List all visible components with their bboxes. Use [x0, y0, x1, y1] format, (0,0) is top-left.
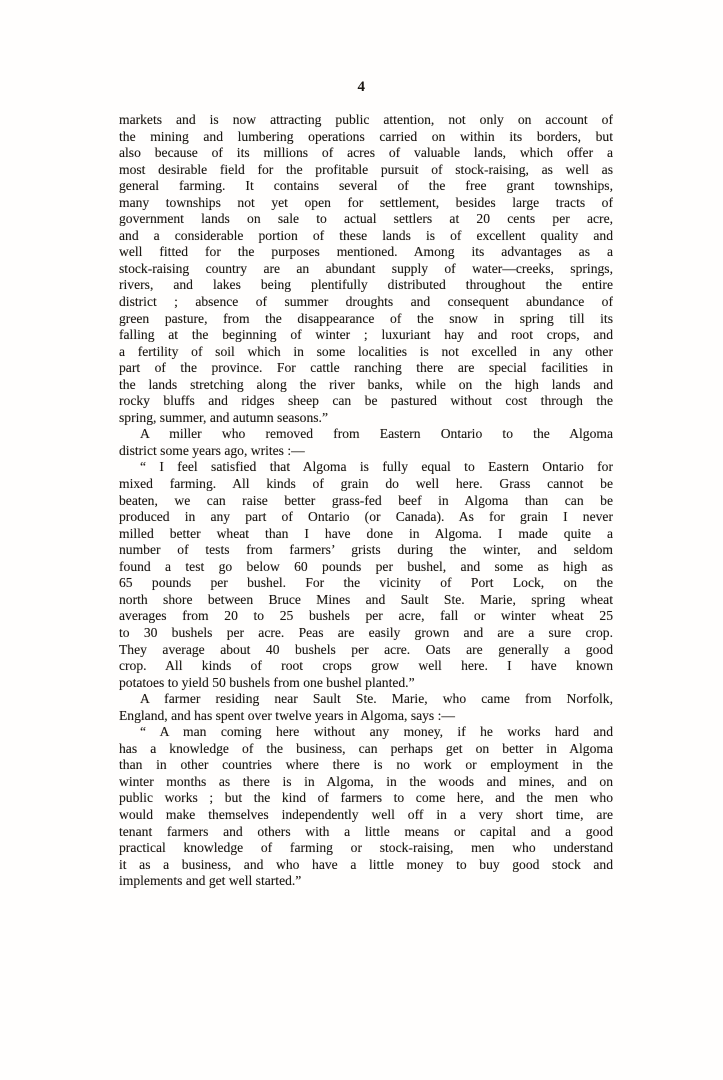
- text-line: A miller who removed from Eastern Ontari…: [119, 426, 613, 443]
- text-line: beaten, we can raise better grass-fed be…: [119, 493, 613, 510]
- text-line: rocky bluffs and ridges sheep can be pas…: [119, 393, 613, 410]
- text-line: north shore between Bruce Mines and Saul…: [119, 592, 613, 609]
- text-line: falling at the beginning of winter ; lux…: [119, 327, 613, 344]
- text-line: crop. All kinds of root crops grow well …: [119, 658, 613, 675]
- text-line: also because of its millions of acres of…: [119, 145, 613, 162]
- text-line: “ I feel satisfied that Algoma is fully …: [119, 459, 613, 476]
- text-block: markets and is now attracting public att…: [119, 112, 613, 890]
- text-line: the lands stretching along the river ban…: [119, 377, 613, 394]
- text-line: potatoes to yield 50 bushels from one bu…: [119, 675, 613, 692]
- text-line: A farmer residing near Sault Ste. Marie,…: [119, 691, 613, 708]
- paragraph: markets and is now attracting public att…: [119, 112, 613, 426]
- text-line: green pasture, from the disappearance of…: [119, 311, 613, 328]
- text-line: most desirable field for the profitable …: [119, 162, 613, 179]
- text-line: markets and is now attracting public att…: [119, 112, 613, 129]
- text-line: produced in any part of Ontario (or Cana…: [119, 509, 613, 526]
- text-line: government lands on sale to actual settl…: [119, 211, 613, 228]
- text-line: general farming. It contains several of …: [119, 178, 613, 195]
- text-line: has a knowledge of the business, can per…: [119, 741, 613, 758]
- text-line: spring, summer, and autumn seasons.”: [119, 410, 613, 427]
- text-line: found a test go below 60 pounds per bush…: [119, 559, 613, 576]
- text-line: part of the province. For cattle ranchin…: [119, 360, 613, 377]
- scanned-book-page: 4 markets and is now attracting public a…: [0, 0, 723, 1080]
- text-line: well fitted for the purposes mentioned. …: [119, 244, 613, 261]
- text-line: averages from 20 to 25 bushels per acre,…: [119, 608, 613, 625]
- text-line: district some years ago, writes :—: [119, 443, 613, 460]
- text-line: a fertility of soil which in some locali…: [119, 344, 613, 361]
- text-line: milled better wheat than I have done in …: [119, 526, 613, 543]
- text-line: mixed farming. All kinds of grain do wel…: [119, 476, 613, 493]
- text-line: 65 pounds per bushel. For the vicinity o…: [119, 575, 613, 592]
- text-line: They average about 40 bushels per acre. …: [119, 642, 613, 659]
- text-line: implements and get well started.”: [119, 873, 613, 890]
- text-line: it as a business, and who have a little …: [119, 857, 613, 874]
- paragraph: “ A man coming here without any money, i…: [119, 724, 613, 889]
- text-line: England, and has spent over twelve years…: [119, 708, 613, 725]
- page-number: 4: [0, 79, 723, 96]
- text-line: would make themselves independently well…: [119, 807, 613, 824]
- text-line: stock-raising country are an abundant su…: [119, 261, 613, 278]
- text-line: “ A man coming here without any money, i…: [119, 724, 613, 741]
- text-line: and a considerable portion of these land…: [119, 228, 613, 245]
- text-line: rivers, and lakes being plentifully dist…: [119, 277, 613, 294]
- paragraph: “ I feel satisfied that Algoma is fully …: [119, 459, 613, 691]
- text-line: the mining and lumbering operations carr…: [119, 129, 613, 146]
- text-line: number of tests from farmers’ grists dur…: [119, 542, 613, 559]
- text-line: to 30 bushels per acre. Peas are easily …: [119, 625, 613, 642]
- text-line: practical knowledge of farming or stock-…: [119, 840, 613, 857]
- text-line: than in other countries where there is n…: [119, 757, 613, 774]
- text-line: tenant farmers and others with a little …: [119, 824, 613, 841]
- text-line: public works ; but the kind of farmers t…: [119, 790, 613, 807]
- paragraph: A farmer residing near Sault Ste. Marie,…: [119, 691, 613, 724]
- text-line: many townships not yet open for settleme…: [119, 195, 613, 212]
- paragraph: A miller who removed from Eastern Ontari…: [119, 426, 613, 459]
- text-line: winter months as there is in Algoma, in …: [119, 774, 613, 791]
- text-line: district ; absence of summer droughts an…: [119, 294, 613, 311]
